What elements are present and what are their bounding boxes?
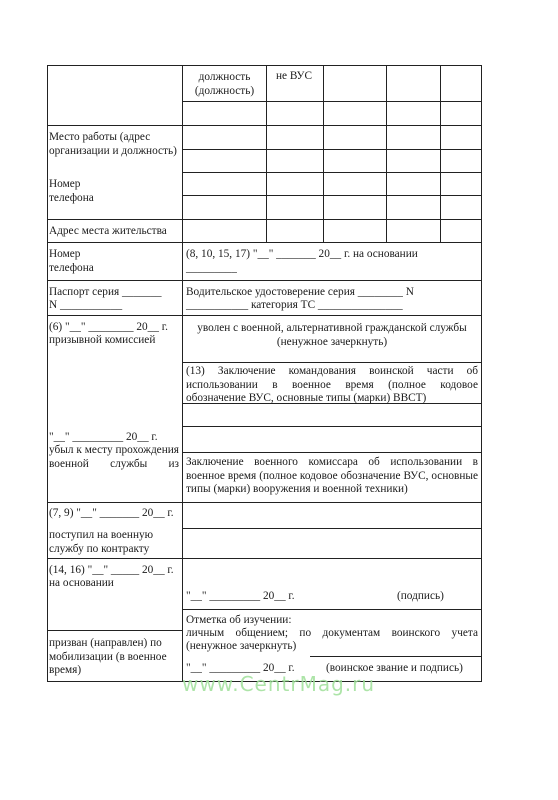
- basis-ref-line1: (8, 10, 15, 17) "__" _______ 20__ г. на …: [186, 248, 418, 262]
- table-border: [47, 280, 482, 281]
- phone-label-2: Номер телефона: [49, 248, 109, 275]
- table-border: [182, 609, 482, 610]
- table-border: [47, 219, 482, 220]
- table-border: [182, 452, 482, 453]
- table-border: [440, 65, 441, 242]
- phone-label-1: Номер телефона: [49, 178, 109, 205]
- basis-label: на основании: [49, 577, 114, 591]
- table-border: [182, 426, 482, 427]
- basis-ref-line2: _________: [186, 262, 237, 276]
- table-border: [47, 630, 182, 631]
- table-border: [182, 528, 482, 529]
- table-border: [47, 502, 482, 503]
- watermark: www.CentrMag.ru: [182, 672, 375, 696]
- table-border: [47, 65, 482, 66]
- table-border: [47, 242, 482, 243]
- departed-label: убыл к месту прохождения военной службы …: [49, 444, 179, 471]
- sign-date: "__" _________ 20__ г.: [186, 590, 295, 604]
- license-line1: Водительское удостоверение серия _______…: [186, 286, 414, 300]
- dismissed-line2: (ненужное зачеркнуть): [183, 336, 481, 350]
- header-vus: не ВУС: [276, 70, 312, 84]
- table-border: [182, 149, 482, 150]
- table-border: [323, 65, 324, 242]
- dismissed-line1: уволен с военной, альтернативной граждан…: [183, 322, 481, 336]
- military-registration-form-page: должность (должность) не ВУС Место работ…: [0, 0, 558, 800]
- passport-series: Паспорт серия _______: [49, 286, 162, 300]
- table-border: [47, 65, 48, 682]
- study-note: (ненужное зачеркнуть): [186, 640, 296, 654]
- sign-label: (подпись): [397, 590, 444, 604]
- commission-label: призывной комиссией: [49, 334, 155, 348]
- table-border: [47, 125, 482, 126]
- contract-label: поступил на военную службу по контракту: [49, 529, 174, 556]
- table-border: [182, 172, 482, 173]
- table-border: [266, 65, 267, 242]
- study-title: Отметка об изучении:: [186, 614, 291, 628]
- table-border: [386, 65, 387, 242]
- contract-date: (7, 9) "__" _______ 20__ г.: [49, 507, 174, 521]
- residence-label: Адрес места жительства: [49, 225, 182, 239]
- table-border: [47, 315, 482, 316]
- basis-date: (14, 16) "__" _____ 20__ г.: [49, 564, 174, 578]
- study-text: личным общением; по документам воинского…: [186, 627, 478, 641]
- commission-date: (6) "__" ________ 20__ г.: [49, 321, 168, 335]
- commissar-conclusion: Заключение военного комиссара об использ…: [186, 456, 478, 497]
- work-place-label: Место работы (адрес организации и должно…: [49, 131, 182, 158]
- license-line2: ___________ категория ТС _______________: [186, 299, 403, 313]
- table-border: [182, 195, 482, 196]
- table-border: [310, 656, 482, 657]
- command-conclusion: (13) Заключение командования воинской ча…: [186, 365, 478, 406]
- table-border: [182, 362, 482, 363]
- table-border: [182, 65, 183, 682]
- mobilized-label: призван (направлен) по мобилизации (в во…: [49, 637, 174, 678]
- table-border: [481, 65, 482, 682]
- passport-number: N ___________: [49, 299, 122, 313]
- header-position: должность (должность): [183, 71, 266, 98]
- table-border: [47, 558, 482, 559]
- departed-date: "__" _________ 20__ г.: [49, 431, 158, 445]
- table-border: [182, 101, 482, 102]
